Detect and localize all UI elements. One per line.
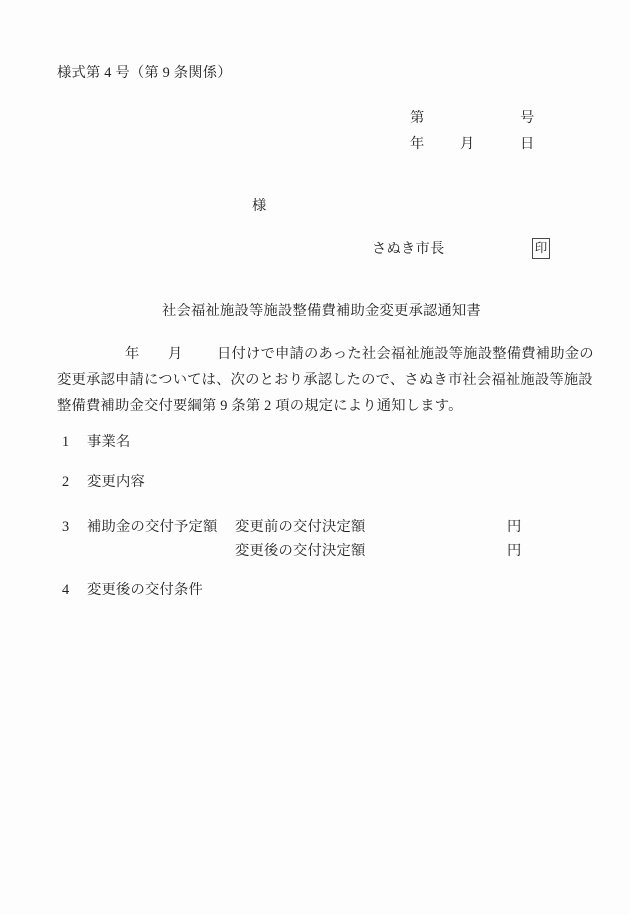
item-3-detail-before-unit: 円 — [507, 517, 522, 537]
item-2-number: 2 — [62, 472, 69, 492]
seal-mark: 印 — [535, 242, 548, 255]
item-3-detail-after-unit: 円 — [507, 541, 522, 561]
doc-number-prefix: 第 — [410, 108, 425, 128]
item-2-label: 変更内容 — [87, 472, 145, 492]
item-1-number: 1 — [62, 432, 69, 452]
body-line-1-text: 日付けで申請のあった社会福祉施設等施設整備費補助金の — [217, 344, 594, 364]
document-title: 社会福祉施設等施設整備費補助金変更承認通知書 — [162, 301, 481, 321]
item-3-number: 3 — [62, 517, 69, 537]
sender-title: さぬき市長 — [372, 239, 444, 259]
body-line-2: 変更承認申請については、次のとおり承認したので、さぬき市社会福祉施設等施設 — [57, 370, 593, 390]
doc-number-suffix: 号 — [520, 108, 535, 128]
item-4-label: 変更後の交付条件 — [87, 580, 203, 600]
item-3-detail-before-label: 変更前の交付決定額 — [235, 517, 365, 537]
seal-box: 印 — [532, 238, 550, 259]
date-year-label: 年 — [410, 134, 425, 154]
item-4-number: 4 — [62, 580, 69, 600]
item-3-label: 補助金の交付予定額 — [87, 517, 217, 537]
item-1-label: 事業名 — [87, 432, 131, 452]
date-day-label: 日 — [520, 134, 535, 154]
document-page: 様式第 4 号（第 9 条関係） 第 号 年 月 日 様 さぬき市長 印 社会福… — [0, 0, 630, 915]
body-line-3: 整備費補助金交付要綱第 9 条第 2 項の規定により通知します。 — [57, 396, 463, 416]
form-number-label: 様式第 4 号（第 9 条関係） — [57, 63, 232, 83]
addressee-honorific: 様 — [252, 196, 267, 216]
body-blank-month: 月 — [168, 344, 183, 364]
date-month-label: 月 — [460, 134, 475, 154]
body-blank-year: 年 — [125, 344, 140, 364]
item-3-detail-after-label: 変更後の交付決定額 — [235, 541, 365, 561]
